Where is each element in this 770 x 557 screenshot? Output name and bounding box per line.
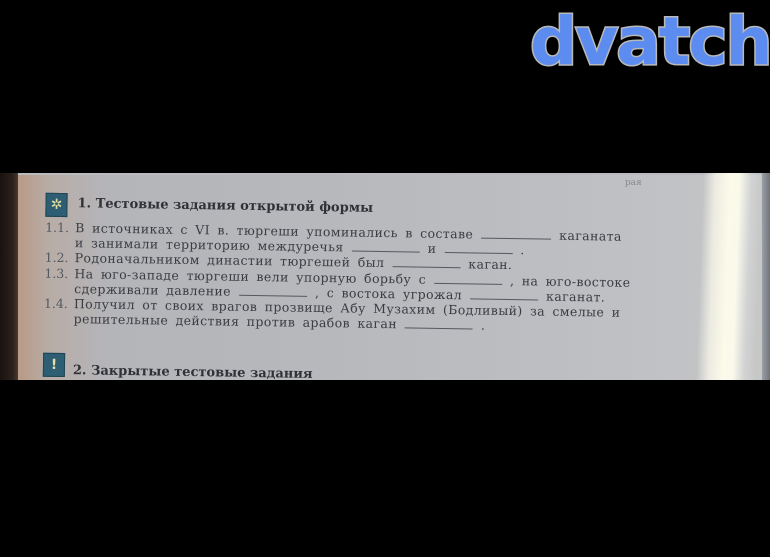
- page-content: рая ✲ 1. Тестовые задания открытой формы…: [0, 173, 770, 380]
- item-number: 1.3.: [44, 266, 68, 281]
- textbook-photo: рая ✲ 1. Тестовые задания открытой формы…: [0, 173, 770, 380]
- section-1-title: 1. Тестовые задания открытой формы: [77, 196, 373, 216]
- item-number: 1.1.: [45, 220, 69, 235]
- answer-blank[interactable]: [392, 257, 460, 268]
- section-2-title: 2. Закрытые тестовые задания: [73, 363, 313, 380]
- light-glare: [696, 173, 763, 380]
- text: каганата: [559, 228, 622, 244]
- page-right-edge: [762, 173, 770, 380]
- answer-blank[interactable]: [434, 274, 502, 285]
- item-number: 1.4.: [44, 296, 68, 311]
- faint-header-text: рая: [625, 178, 642, 188]
- text: каган.: [468, 256, 512, 272]
- text: .: [520, 242, 525, 257]
- answer-blank[interactable]: [405, 318, 473, 329]
- item-number: 1.2.: [45, 250, 69, 265]
- asterisk-flower-icon: ✲: [45, 193, 67, 217]
- answer-blank[interactable]: [470, 289, 538, 300]
- answer-blank[interactable]: [481, 229, 551, 240]
- answer-blank[interactable]: [239, 286, 307, 297]
- exclamation-icon: !: [43, 353, 65, 377]
- text: каганат.: [546, 289, 605, 305]
- watermark-logo: dvatch: [530, 2, 770, 82]
- answer-blank[interactable]: [444, 243, 512, 254]
- text: .: [481, 318, 486, 333]
- answer-blank[interactable]: [352, 242, 420, 253]
- text: и: [428, 241, 437, 256]
